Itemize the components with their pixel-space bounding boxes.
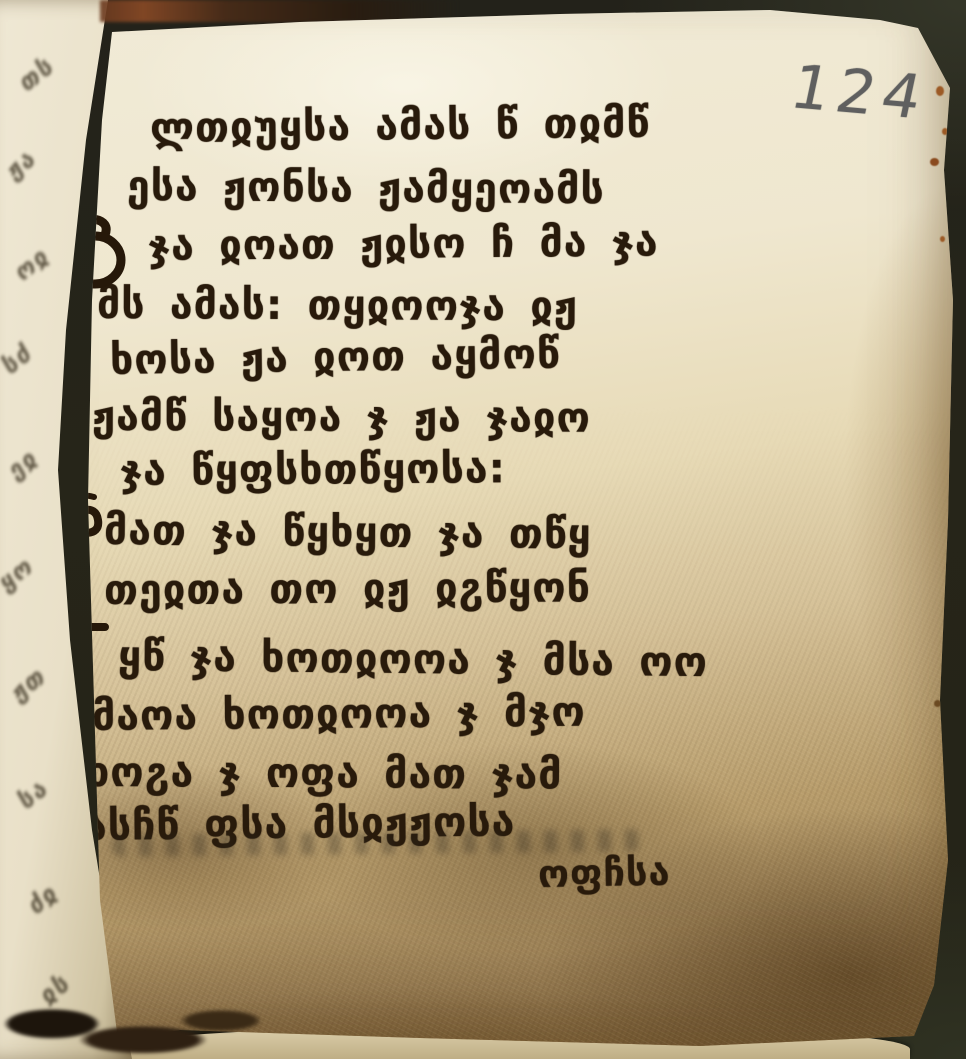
rust-speck bbox=[930, 158, 939, 166]
manuscript-line: ყწ ჯა ხოთჲოოა ჯ მსა ოო bbox=[118, 632, 709, 686]
facing-page-text-fragment: ჟთ bbox=[7, 660, 51, 708]
parchment-page: 124 ლთჲუყსა ამას წ თჲმწ ესა ჟონსა ჟამყეო… bbox=[0, 0, 966, 1059]
page-edge-debris bbox=[0, 995, 260, 1059]
facing-page-text-fragment: სძ bbox=[0, 337, 37, 381]
manuscript-line: ჯა ჲოათ ჟჲსო ჩ მა ჯა bbox=[148, 218, 659, 270]
facing-page-text-fragment: თს bbox=[15, 50, 59, 98]
facing-page-text-fragment: ეჲ bbox=[4, 442, 42, 485]
manuscript-line: ჯა წყფსხთწყოსა: bbox=[120, 444, 506, 495]
manuscript-line: ესა ჟონსა ჟამყეოამს bbox=[127, 162, 605, 213]
facing-page-text-fragment: ძჲ bbox=[24, 877, 63, 921]
rust-speck bbox=[934, 700, 941, 707]
manuscript-line: თეჲთა თო ჲჟ ჲჷწყონ bbox=[104, 563, 591, 614]
spine-headband bbox=[100, 0, 460, 22]
manuscript-photo: { "manuscript": { "folio_number": "124",… bbox=[0, 0, 966, 1059]
rust-speck bbox=[936, 86, 944, 96]
manuscript-line: ჟამწ საყოა ჯ ჟა ჯაჲო bbox=[92, 392, 591, 442]
pencil-folio-number: 124 bbox=[785, 53, 935, 134]
manuscript-final-word: ოფჩსა bbox=[538, 850, 671, 896]
facing-page-text-fragment: ოჲ bbox=[11, 240, 54, 287]
manuscript-line: ხოჷა ჯ ოფა მათ ჯამ bbox=[86, 748, 563, 798]
manuscript-line: ხოსა ჟა ჲოთ აყმოწ bbox=[110, 330, 561, 384]
manuscript-line: მს ამას: თყჲოოჯა ჲჟ bbox=[97, 280, 578, 331]
rust-speck bbox=[940, 236, 945, 242]
manuscript-line: ლთჲუყსა ამას წ თჲმწ bbox=[150, 99, 651, 152]
facing-page-text-fragment: ჟა bbox=[2, 142, 40, 185]
manuscript-line: მაოა ხოთჲოოა ჯ მჯო bbox=[92, 688, 586, 740]
manuscript-line: მათ ჯა წყხყთ ჯა თწყ bbox=[104, 506, 592, 558]
facing-page-text-fragment: სა bbox=[14, 772, 53, 816]
facing-page-text-fragment: ყო bbox=[0, 550, 38, 597]
